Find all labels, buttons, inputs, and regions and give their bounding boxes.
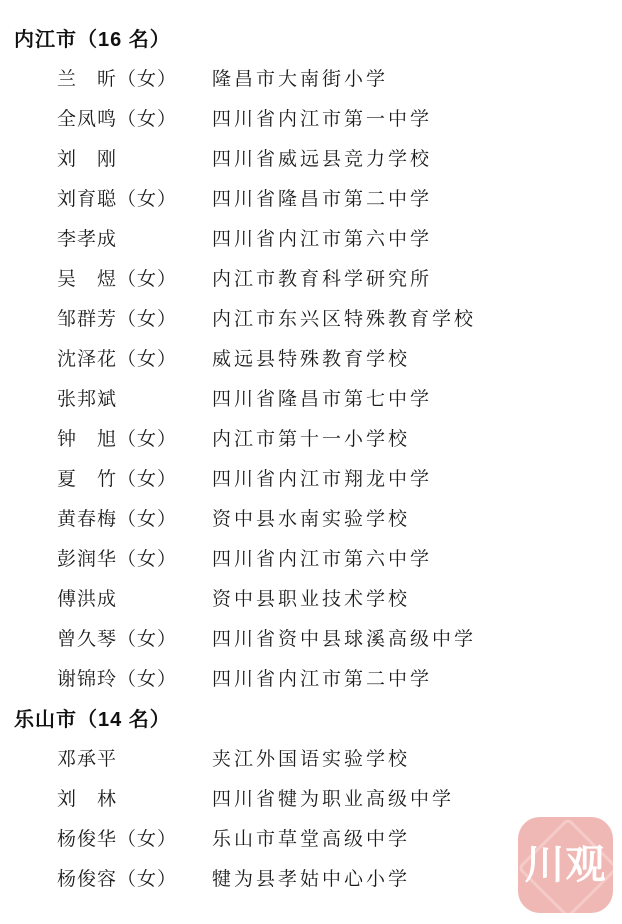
person-name: 兰 昕（女） bbox=[57, 60, 212, 100]
school-name: 四川省内江市第二中学 bbox=[212, 660, 432, 700]
roster-row: 彭润华（女）四川省内江市第六中学 bbox=[0, 540, 622, 580]
logo-text: 川观 bbox=[525, 845, 607, 885]
chuanguan-logo: 川观 bbox=[518, 817, 613, 913]
school-name: 犍为县孝姑中心小学 bbox=[212, 860, 410, 900]
person-name: 彭润华（女） bbox=[57, 540, 212, 580]
school-name: 四川省内江市翔龙中学 bbox=[212, 460, 432, 500]
person-name: 刘育聪（女） bbox=[57, 180, 212, 220]
school-name: 四川省内江市第六中学 bbox=[212, 540, 432, 580]
roster-row: 邹群芳（女）内江市东兴区特殊教育学校 bbox=[0, 300, 622, 340]
person-name: 曾久琴（女） bbox=[57, 620, 212, 660]
roster-row: 刘 刚四川省威远县竞力学校 bbox=[0, 140, 622, 180]
roster-row: 钟 旭（女）内江市第十一小学校 bbox=[0, 420, 622, 460]
roster-row: 张邦斌四川省隆昌市第七中学 bbox=[0, 380, 622, 420]
school-name: 四川省资中县球溪高级中学 bbox=[212, 620, 476, 660]
school-name: 四川省隆昌市第二中学 bbox=[212, 180, 432, 220]
person-name: 吴 煜（女） bbox=[57, 260, 212, 300]
school-name: 内江市第十一小学校 bbox=[212, 420, 410, 460]
person-name: 张邦斌 bbox=[57, 380, 212, 420]
person-name: 黄春梅（女） bbox=[57, 500, 212, 540]
school-name: 四川省威远县竞力学校 bbox=[212, 140, 432, 180]
roster-sections: 内江市（16 名）兰 昕（女）隆昌市大南街小学全凤鸣（女）四川省内江市第一中学刘… bbox=[0, 20, 622, 900]
roster-row: 邓承平夹江外国语实验学校 bbox=[0, 740, 622, 780]
school-name: 乐山市草堂高级中学 bbox=[212, 820, 410, 860]
school-name: 内江市教育科学研究所 bbox=[212, 260, 432, 300]
roster-row: 谢锦玲（女）四川省内江市第二中学 bbox=[0, 660, 622, 700]
roster-row: 刘 林四川省犍为职业高级中学 bbox=[0, 780, 622, 820]
roster-row: 沈泽花（女）威远县特殊教育学校 bbox=[0, 340, 622, 380]
roster-row: 夏 竹（女）四川省内江市翔龙中学 bbox=[0, 460, 622, 500]
school-name: 隆昌市大南街小学 bbox=[212, 60, 388, 100]
person-name: 李孝成 bbox=[57, 220, 212, 260]
school-name: 夹江外国语实验学校 bbox=[212, 740, 410, 780]
person-name: 邹群芳（女） bbox=[57, 300, 212, 340]
person-name: 刘 林 bbox=[57, 780, 212, 820]
roster-row: 兰 昕（女）隆昌市大南街小学 bbox=[0, 60, 622, 100]
person-name: 全凤鸣（女） bbox=[57, 100, 212, 140]
person-name: 杨俊华（女） bbox=[57, 820, 212, 860]
school-name: 四川省内江市第一中学 bbox=[212, 100, 432, 140]
section-title: 内江市（16 名） bbox=[0, 20, 622, 60]
roster-row: 黄春梅（女）资中县水南实验学校 bbox=[0, 500, 622, 540]
person-name: 沈泽花（女） bbox=[57, 340, 212, 380]
school-name: 四川省犍为职业高级中学 bbox=[212, 780, 454, 820]
person-name: 夏 竹（女） bbox=[57, 460, 212, 500]
school-name: 内江市东兴区特殊教育学校 bbox=[212, 300, 476, 340]
person-name: 钟 旭（女） bbox=[57, 420, 212, 460]
roster-row: 刘育聪（女）四川省隆昌市第二中学 bbox=[0, 180, 622, 220]
roster-row: 李孝成四川省内江市第六中学 bbox=[0, 220, 622, 260]
school-name: 威远县特殊教育学校 bbox=[212, 340, 410, 380]
roster-document: 内江市（16 名）兰 昕（女）隆昌市大南街小学全凤鸣（女）四川省内江市第一中学刘… bbox=[0, 20, 622, 900]
person-name: 谢锦玲（女） bbox=[57, 660, 212, 700]
person-name: 刘 刚 bbox=[57, 140, 212, 180]
person-name: 傅洪成 bbox=[57, 580, 212, 620]
roster-row: 曾久琴（女）四川省资中县球溪高级中学 bbox=[0, 620, 622, 660]
school-name: 四川省隆昌市第七中学 bbox=[212, 380, 432, 420]
person-name: 邓承平 bbox=[57, 740, 212, 780]
roster-row: 吴 煜（女）内江市教育科学研究所 bbox=[0, 260, 622, 300]
roster-row: 傅洪成资中县职业技术学校 bbox=[0, 580, 622, 620]
person-name: 杨俊容（女） bbox=[57, 860, 212, 900]
school-name: 资中县职业技术学校 bbox=[212, 580, 410, 620]
section-title: 乐山市（14 名） bbox=[0, 700, 622, 740]
school-name: 四川省内江市第六中学 bbox=[212, 220, 432, 260]
roster-row: 全凤鸣（女）四川省内江市第一中学 bbox=[0, 100, 622, 140]
school-name: 资中县水南实验学校 bbox=[212, 500, 410, 540]
